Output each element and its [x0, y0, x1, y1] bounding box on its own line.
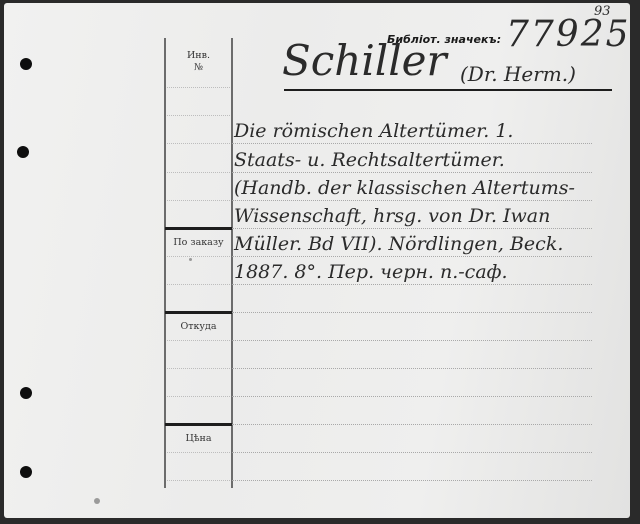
- left-column-rule: [167, 143, 230, 144]
- punch-hole: [20, 387, 32, 399]
- ruled-line: [232, 228, 592, 229]
- left-column-rule: [167, 87, 230, 88]
- left-column-rule: [167, 172, 230, 173]
- ruled-line: [232, 340, 592, 341]
- inventory-label: Инв.: [165, 50, 232, 62]
- by-order-label: По заказу: [165, 237, 232, 249]
- ruled-line: [232, 284, 592, 285]
- left-column-rule: [167, 368, 230, 369]
- author-note: (Dr. Herm.): [460, 62, 576, 86]
- left-column-border-left: [164, 38, 166, 488]
- title-line: (Handb. der klassischen Altertums-: [234, 177, 575, 199]
- shelfmark-superscript: 93: [594, 4, 611, 19]
- left-column-rule: [167, 480, 230, 481]
- punch-hole: [20, 466, 32, 478]
- ruled-line: [232, 312, 592, 313]
- punch-hole: [20, 58, 32, 70]
- left-column-rule: [167, 115, 230, 116]
- from-where-label: Откуда: [165, 321, 232, 333]
- shelfmark-number: 77925: [506, 14, 631, 55]
- section-divider: [165, 423, 232, 426]
- ruled-line: [232, 143, 592, 144]
- price-label: Цѣна: [165, 433, 232, 445]
- ruled-line: [232, 396, 592, 397]
- ruled-line: [232, 424, 592, 425]
- left-column-rule: [167, 256, 230, 257]
- inventory-number-label: №: [165, 62, 232, 74]
- paper-speck: [189, 258, 192, 261]
- left-column-rule: [167, 452, 230, 453]
- title-line: Staats- u. Rechtsaltertümer.: [234, 149, 505, 171]
- title-line: Müller. Bd VII). Nördlingen, Beck.: [234, 233, 563, 255]
- ruled-line: [232, 480, 592, 481]
- paper-speck: [94, 498, 100, 504]
- section-divider: [165, 311, 232, 314]
- title-line: Wissenschaft, hrsg. von Dr. Iwan: [234, 205, 550, 227]
- author-name: Schiller: [282, 36, 447, 85]
- punch-hole: [17, 146, 29, 158]
- title-line: Die römischen Altertümer. 1.: [234, 120, 513, 142]
- title-line: 1887. 8°. Пер. черн. п.-саф.: [234, 261, 508, 283]
- left-column-border-right: [231, 38, 233, 488]
- ruled-line: [232, 452, 592, 453]
- ruled-line: [232, 256, 592, 257]
- ruled-line: [232, 172, 592, 173]
- author-underline: [284, 89, 612, 91]
- left-column-rule: [167, 284, 230, 285]
- left-column-rule: [167, 396, 230, 397]
- left-column-rule: [167, 200, 230, 201]
- left-column-rule: [167, 340, 230, 341]
- section-divider: [165, 227, 232, 230]
- ruled-line: [232, 368, 592, 369]
- ruled-line: [232, 200, 592, 201]
